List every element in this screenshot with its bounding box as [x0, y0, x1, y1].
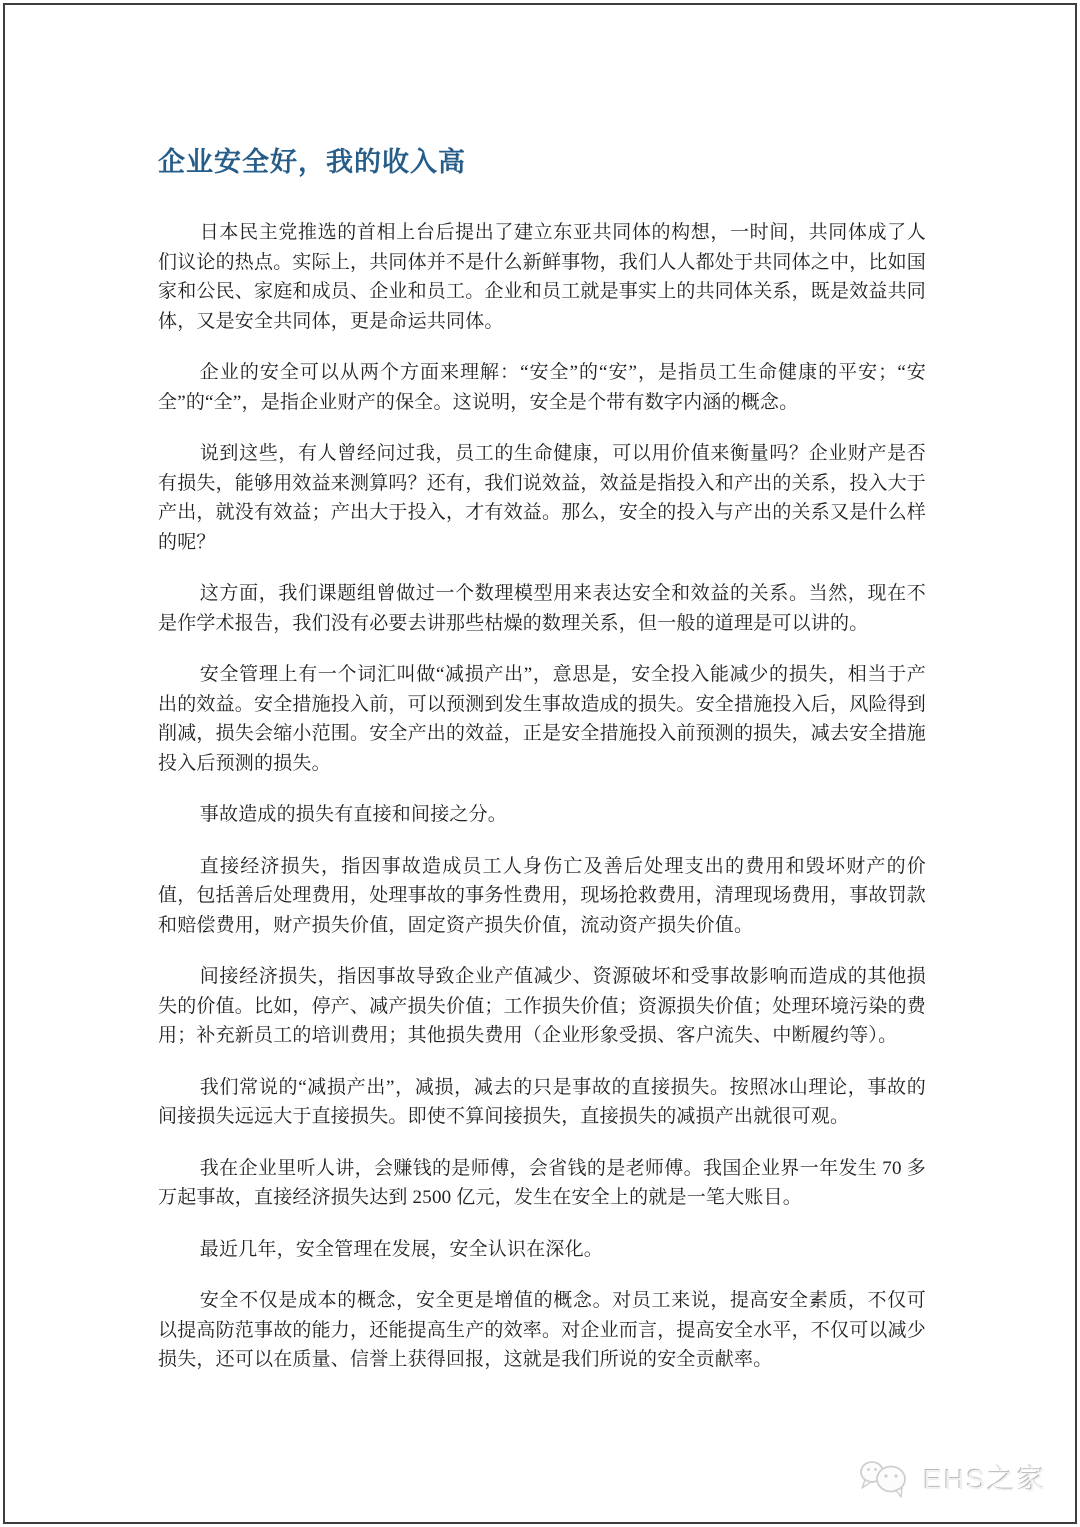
wechat-bubbles-icon	[858, 1457, 914, 1499]
watermark-label: EHS之家	[923, 1458, 1047, 1498]
article: 企业安全好，我的收入高 日本民主党推选的首相上台后提出了建立东亚共同体的构想，一…	[158, 146, 926, 1397]
paragraph-4: 这方面，我们课题组曾做过一个数理模型用来表达安全和效益的关系。当然，现在不是作学…	[158, 579, 926, 638]
paragraph-11: 最近几年，安全管理在发展，安全认识在深化。	[158, 1235, 926, 1265]
paragraph-1: 日本民主党推选的首相上台后提出了建立东亚共同体的构想，一时间，共同体成了人们议论…	[158, 218, 926, 336]
watermark: EHS之家	[858, 1457, 1047, 1499]
paragraph-6: 事故造成的损失有直接和间接之分。	[158, 800, 926, 830]
paragraph-3: 说到这些，有人曾经问过我，员工的生命健康，可以用价值来衡量吗？企业财产是否有损失…	[158, 439, 926, 557]
paragraph-5: 安全管理上有一个词汇叫做“减损产出”，意思是，安全投入能减少的损失，相当于产出的…	[158, 660, 926, 778]
paragraph-9: 我们常说的“减损产出”，减损，减去的只是事故的直接损失。按照冰山理论，事故的间接…	[158, 1073, 926, 1132]
page-title: 企业安全好，我的收入高	[158, 146, 926, 178]
paragraph-12: 安全不仅是成本的概念，安全更是增值的概念。对员工来说，提高安全素质，不仅可以提高…	[158, 1286, 926, 1375]
paragraph-8: 间接经济损失，指因事故导致企业产值减少、资源破坏和受事故影响而造成的其他损失的价…	[158, 962, 926, 1051]
paragraph-7: 直接经济损失，指因事故造成员工人身伤亡及善后处理支出的费用和毁坏财产的价值，包括…	[158, 852, 926, 941]
paragraph-2: 企业的安全可以从两个方面来理解：“安全”的“安”，是指员工生命健康的平安；“安全…	[158, 358, 926, 417]
article-body: 日本民主党推选的首相上台后提出了建立东亚共同体的构想，一时间，共同体成了人们议论…	[158, 218, 926, 1375]
paragraph-10: 我在企业里听人讲，会赚钱的是师傅，会省钱的是老师傅。我国企业界一年发生 70 多…	[158, 1154, 926, 1213]
